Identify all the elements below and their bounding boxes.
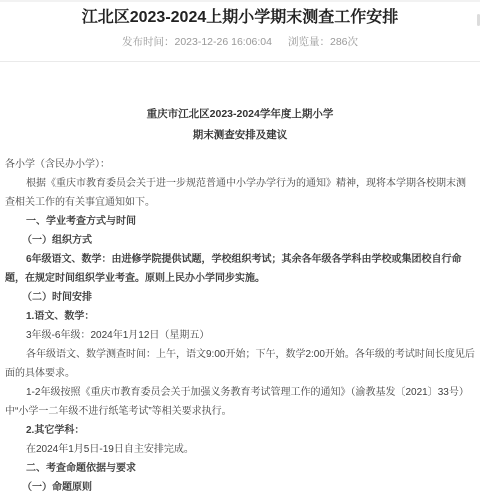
subsection-heading-1-1: （一）组织方式 (5, 231, 475, 250)
section-heading-2: 二、考查命题依据与要求 (5, 459, 475, 478)
article-title: 江北区2023-2024上期小学期末测查工作安排 (0, 8, 480, 27)
document-title-line2: 期末测查安排及建议 (5, 125, 475, 146)
paragraph-exam-times: 各年级语文、数学测查时间：上午，语文9:00开始；下午，数学2:00开始。各年级… (5, 345, 475, 383)
document-paragraphs: 各小学（含民办小学）： 根据《重庆市教育委员会关于进一步规范普通中小学办学行为的… (5, 155, 475, 493)
views-label: 浏览量： (288, 36, 330, 48)
item-heading-other-subjects: 2.其它学科： (5, 421, 475, 440)
document-body: 重庆市江北区2023-2024学年度上期小学 期末测查安排及建议 各小学（含民办… (0, 62, 480, 493)
paragraph-salutation: 各小学（含民办小学）： (5, 155, 475, 174)
publish-time-value: 2023-12-26 16:06:04 (174, 36, 272, 48)
paragraph-intro: 根据《重庆市教育委员会关于进一步规范普通中小学办学行为的通知》精神，现将本学期各… (5, 174, 475, 212)
paragraph-grade12-policy: 1-2年级按照《重庆市教育委员会关于加强义务教育考试管理工作的通知》（渝教基发〔… (5, 383, 475, 421)
paragraph-exam-date: 3年级-6年级：2024年1月12日（星期五） (5, 326, 475, 345)
article-header: 江北区2023-2024上期小学期末测查工作安排 发布时间：2023-12-26… (0, 2, 480, 62)
publish-time-label: 发布时间： (122, 36, 175, 48)
views-value: 286次 (330, 36, 358, 48)
paragraph-other-subjects: 在2024年1月5日-19日自主安排完成。 (5, 440, 475, 459)
subsection-heading-1-2: （二）时间安排 (5, 288, 475, 307)
paragraph-organization: 6年级语文、数学：由进修学院提供试题，学校组织考试；其余各年级各学科由学校或集团… (5, 250, 475, 288)
document-title-line1: 重庆市江北区2023-2024学年度上期小学 (5, 104, 475, 125)
article-meta: 发布时间：2023-12-26 16:06:04浏览量：286次 (0, 36, 480, 49)
subsection-heading-2-1: （一）命题原则 (5, 478, 475, 493)
article-page: 江北区2023-2024上期小学期末测查工作安排 发布时间：2023-12-26… (0, 0, 480, 493)
section-heading-1: 一、学业考查方式与时间 (5, 212, 475, 231)
item-heading-chinese-math: 1.语文、数学： (5, 307, 475, 326)
